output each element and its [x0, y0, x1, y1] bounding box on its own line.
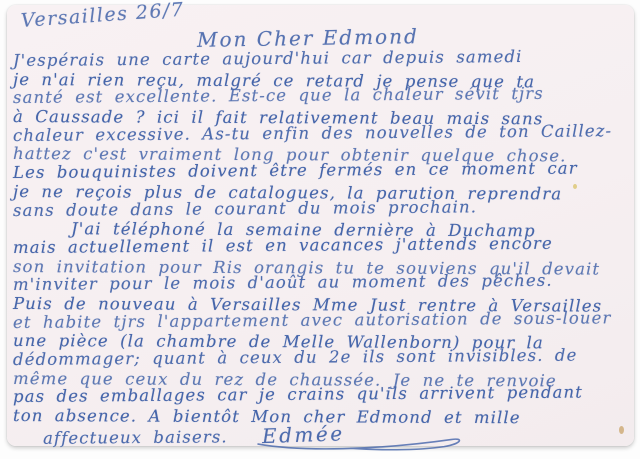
handwritten-line: dédommager; quant à ceux du 2e ils sont …	[13, 345, 632, 369]
signature-block: Edmée	[262, 422, 345, 447]
handwritten-line: pas des emballages car je crains qu'ils …	[13, 383, 632, 407]
scanned-letter-photo: Versailles 26/7 Mon Cher Edmond J'espéra…	[0, 0, 640, 459]
closing-text: affectueux baisers.	[43, 427, 228, 447]
paper-speck	[573, 184, 577, 189]
place-date: Versailles 26/7	[20, 0, 185, 32]
signature: Edmée	[261, 421, 344, 448]
handwritten-line: santé est excellente. Est-ce que la chal…	[13, 84, 632, 108]
paper-speck	[619, 426, 624, 434]
handwritten-line: Les bouquinistes doivent être fermés en …	[13, 158, 632, 182]
handwritten-line: J'espérais une carte aujourd'hui car dep…	[13, 46, 632, 70]
postcard: Versailles 26/7 Mon Cher Edmond J'espéra…	[7, 5, 634, 446]
closing-line: affectueux baisers. Edmée	[13, 420, 632, 444]
handwritten-line: m'inviter pour le mois d'août au moment …	[13, 270, 632, 294]
handwritten-line: et habite tjrs l'appartement avec autori…	[13, 308, 632, 332]
handwritten-line: chaleur excessive. As-tu enfin des nouve…	[13, 121, 632, 145]
handwritten-line: mais actuellement il est en vacances j'a…	[13, 233, 632, 257]
letter-body: J'espérais une carte aujourd'hui car dep…	[13, 51, 632, 443]
